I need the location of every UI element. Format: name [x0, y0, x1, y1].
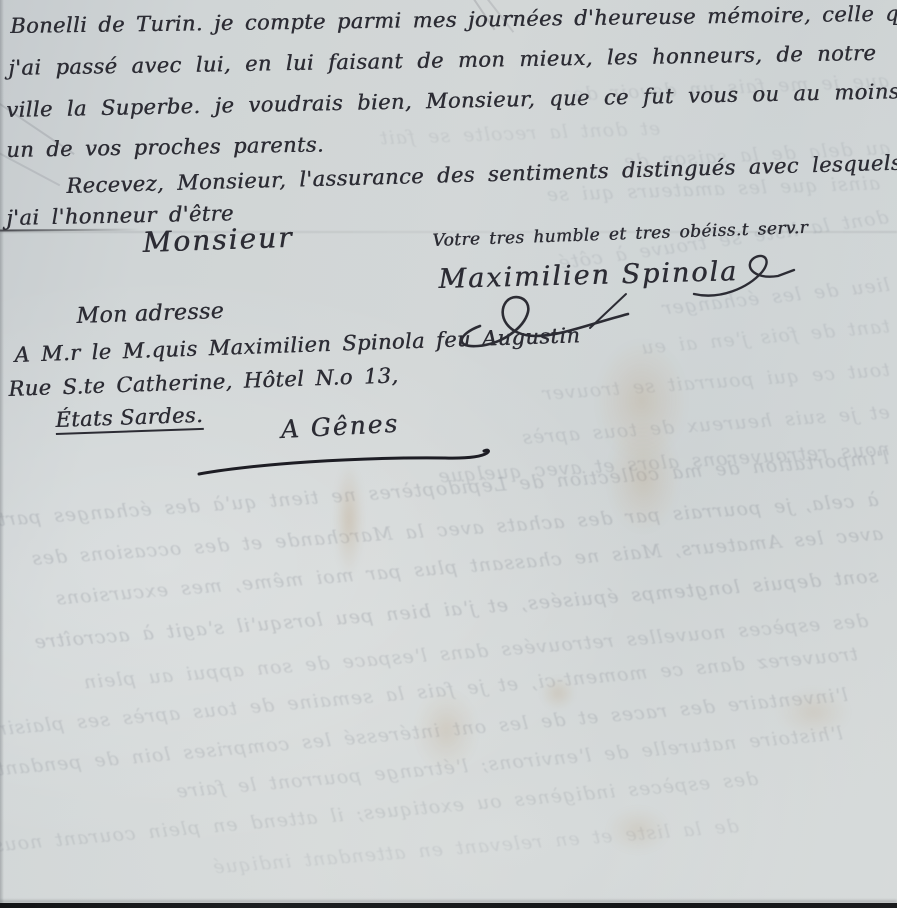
address-line-underlined: États Sardes.	[55, 403, 204, 435]
address-city: A Gênes	[280, 409, 400, 444]
letter-text-layer: Bonelli de Turin. je compte parmi mes jo…	[0, 0, 897, 908]
signature-tail-flourish	[690, 248, 800, 308]
body-line: ville la Superbe. je voudrais bien, Mons…	[6, 79, 897, 122]
body-line: Bonelli de Turin. je compte parmi mes jo…	[10, 1, 897, 38]
body-line: un de vos proches parents.	[6, 132, 324, 162]
closing-valediction: Votre tres humble et tres obéiss.t serv.…	[432, 218, 808, 251]
body-line: j'ai passé avec lui, en lui faisant de m…	[8, 41, 876, 80]
address-heading: Mon adresse	[76, 299, 224, 329]
underline-flourish	[195, 446, 495, 480]
paraph-flourish	[440, 288, 640, 358]
closing-salutation: Monsieur	[142, 221, 294, 259]
letter-page: que je me fais un devoir de et dont la r…	[0, 0, 897, 908]
address-line: Rue S.te Catherine, Hôtel N.o 13,	[8, 363, 399, 401]
